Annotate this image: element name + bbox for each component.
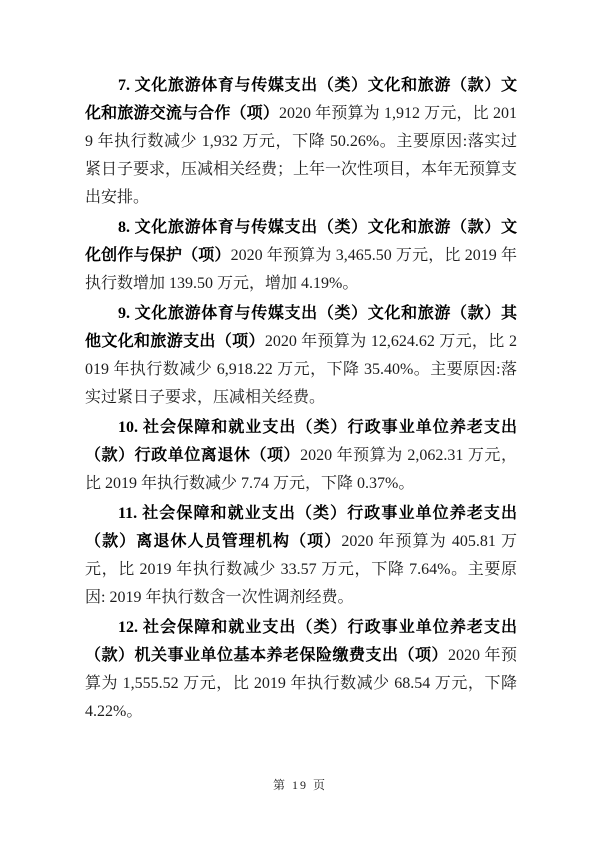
page-footer: 第 19 页 bbox=[0, 776, 600, 793]
paragraph-item-11: 11. 社会保障和就业支出（类）行政事业单位养老支出（款）离退休人员管理机构（项… bbox=[85, 500, 517, 612]
paragraph-item-7: 7. 文化旅游体育与传媒支出（类）文化和旅游（款）文化和旅游交流与合作（项）20… bbox=[85, 72, 517, 212]
paragraph-item-8: 8. 文化旅游体育与传媒支出（类）文化和旅游（款）文化创作与保护（项）2020 … bbox=[85, 214, 517, 298]
document-page: 7. 文化旅游体育与传媒支出（类）文化和旅游（款）文化和旅游交流与合作（项）20… bbox=[0, 0, 600, 849]
page-number: 第 19 页 bbox=[273, 778, 327, 792]
paragraph-item-10: 10. 社会保障和就业支出（类）行政事业单位养老支出（款）行政单位离退休（项）2… bbox=[85, 414, 517, 498]
paragraph-item-9: 9. 文化旅游体育与传媒支出（类）文化和旅游（款）其他文化和旅游支出（项）202… bbox=[85, 300, 517, 412]
paragraph-item-12: 12. 社会保障和就业支出（类）行政事业单位养老支出（款）机关事业单位基本养老保… bbox=[85, 614, 517, 726]
document-body: 7. 文化旅游体育与传媒支出（类）文化和旅游（款）文化和旅游交流与合作（项）20… bbox=[85, 72, 517, 728]
